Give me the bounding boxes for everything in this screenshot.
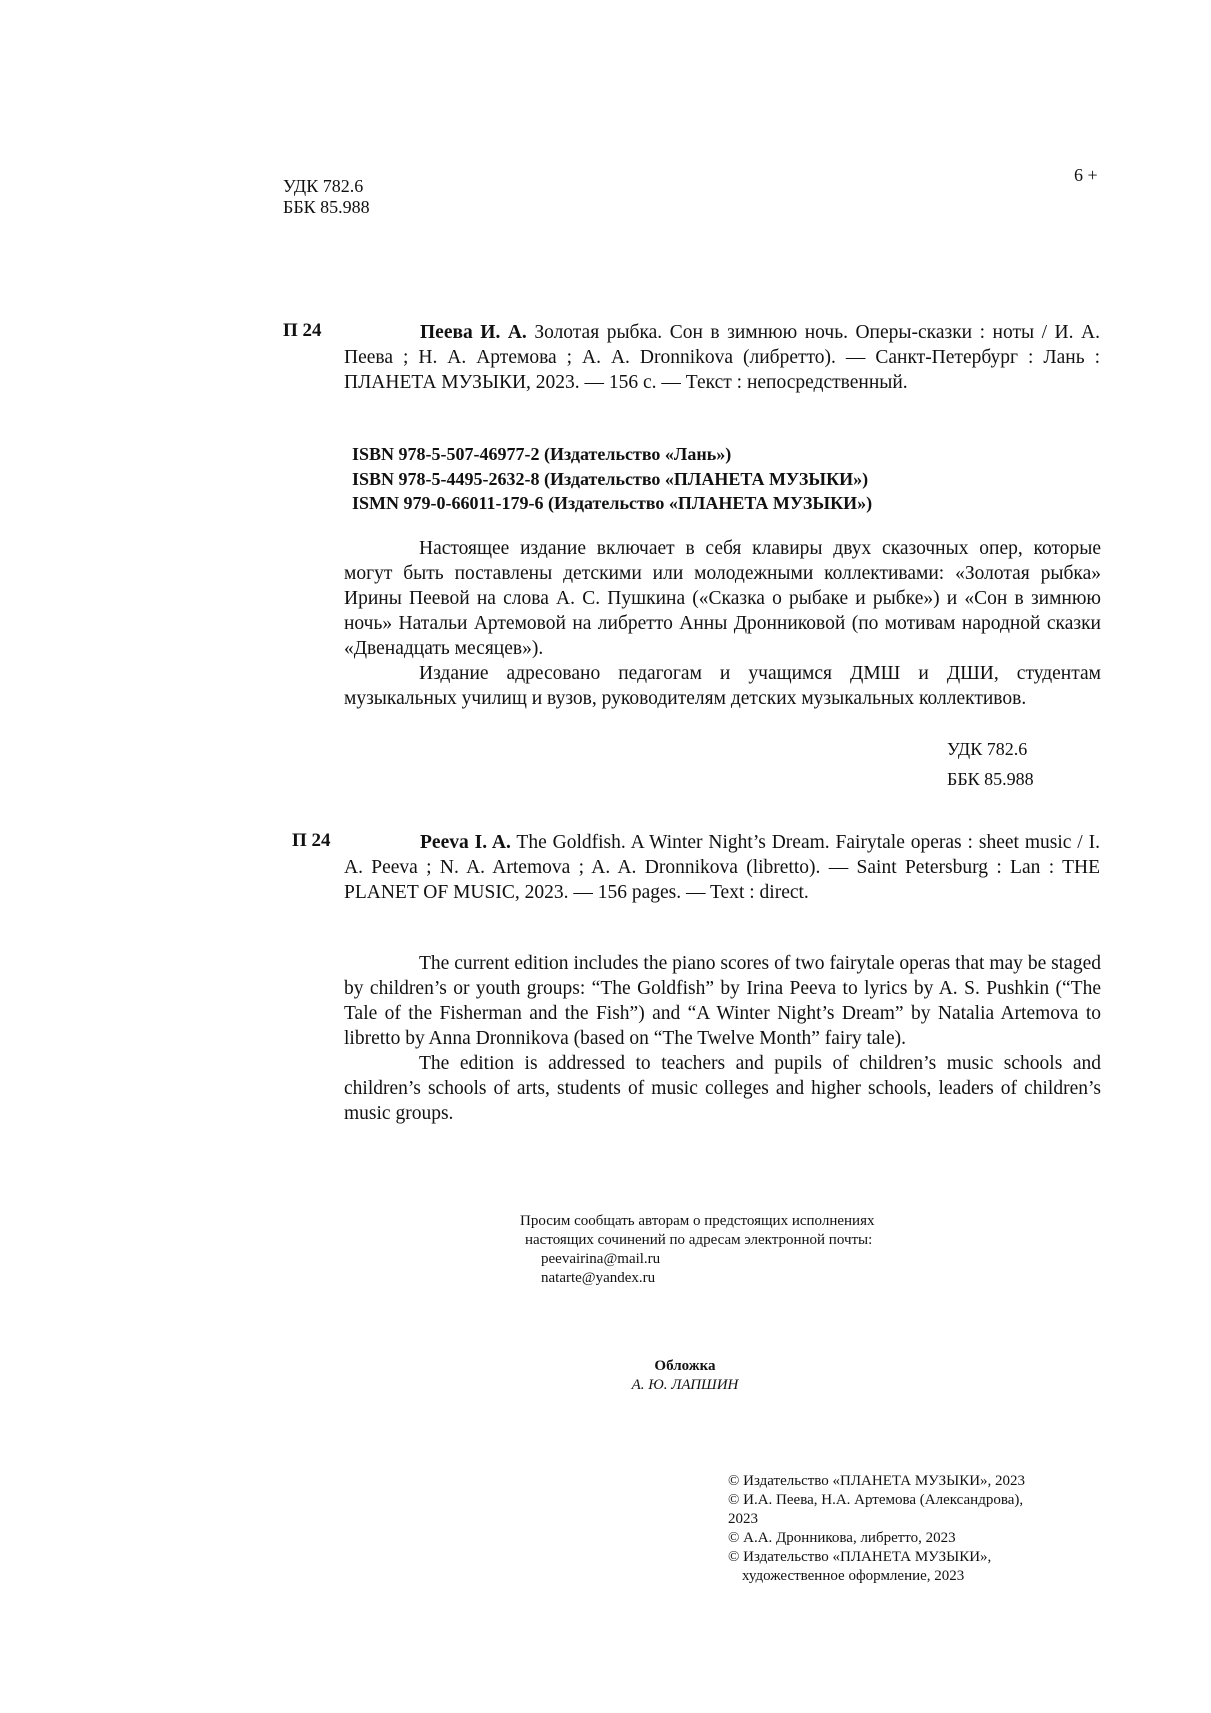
- copyright-line: 2023: [728, 1510, 1088, 1529]
- ismn-planet: ISMN 979-0-66011-179-6 (Издательство «ПЛ…: [352, 491, 872, 516]
- annotation-ru-paragraph: Издание адресовано педагогам и учащимся …: [344, 661, 1101, 711]
- copyright-line: художественное оформление, 2023: [728, 1567, 1088, 1586]
- annotation-en: The current edition includes the piano s…: [344, 951, 1101, 1126]
- classification-right: УДК 782.6 ББК 85.988: [947, 734, 1034, 794]
- udk-code: УДК 782.6: [283, 176, 370, 197]
- copyright-line: © И.А. Пеева, Н.А. Артемова (Александров…: [728, 1491, 1088, 1510]
- copyright-line: © Издательство «ПЛАНЕТА МУЗЫКИ»,: [728, 1548, 1088, 1567]
- bbk-code: ББК 85.988: [283, 197, 370, 218]
- annotation-en-paragraph: The edition is addressed to teachers and…: [344, 1051, 1101, 1126]
- entry-author-en: Peeva I. A.: [420, 832, 511, 853]
- copyright-line: © Издательство «ПЛАНЕТА МУЗЫКИ», 2023: [728, 1472, 1088, 1491]
- performance-request: Просим сообщать авторам о предстоящих ис…: [520, 1212, 874, 1288]
- bibliographic-entry-ru: Пеева И. А. Золотая рыбка. Сон в зимнюю …: [344, 320, 1100, 395]
- bbk-code: ББК 85.988: [947, 764, 1034, 794]
- email-link[interactable]: peevairina@mail.ru: [520, 1250, 874, 1269]
- identifiers-block: ISBN 978-5-507-46977-2 (Издательство «Ла…: [352, 442, 872, 516]
- copyright-line: © А.А. Дронникова, либретто, 2023: [728, 1529, 1088, 1548]
- classification-top: УДК 782.6 ББК 85.988: [283, 176, 370, 218]
- cover-designer: А. Ю. ЛАПШИН: [560, 1376, 810, 1395]
- request-line: настоящих сочинений по адресам электронн…: [520, 1231, 874, 1250]
- cover-credit: Обложка А. Ю. ЛАПШИН: [560, 1357, 810, 1395]
- entry-author-ru: Пеева И. А.: [420, 322, 527, 343]
- author-sign-ru: П 24: [283, 320, 322, 342]
- annotation-ru-paragraph: Настоящее издание включает в себя клавир…: [344, 536, 1101, 661]
- isbn-planet: ISBN 978-5-4495-2632-8 (Издательство «ПЛ…: [352, 467, 872, 492]
- isbn-lan: ISBN 978-5-507-46977-2 (Издательство «Ла…: [352, 442, 872, 467]
- udk-code: УДК 782.6: [947, 734, 1034, 764]
- age-rating: 6 +: [1074, 165, 1098, 186]
- email-link[interactable]: natarte@yandex.ru: [520, 1269, 874, 1288]
- copyright-block: © Издательство «ПЛАНЕТА МУЗЫКИ», 2023 © …: [728, 1472, 1088, 1586]
- annotation-en-paragraph: The current edition includes the piano s…: [344, 951, 1101, 1051]
- request-line: Просим сообщать авторам о предстоящих ис…: [520, 1212, 874, 1231]
- bibliographic-entry-en: Peeva I. A. The Goldfish. A Winter Night…: [344, 830, 1100, 905]
- annotation-ru: Настоящее издание включает в себя клавир…: [344, 536, 1101, 711]
- cover-label: Обложка: [560, 1357, 810, 1376]
- author-sign-en: П 24: [292, 830, 331, 852]
